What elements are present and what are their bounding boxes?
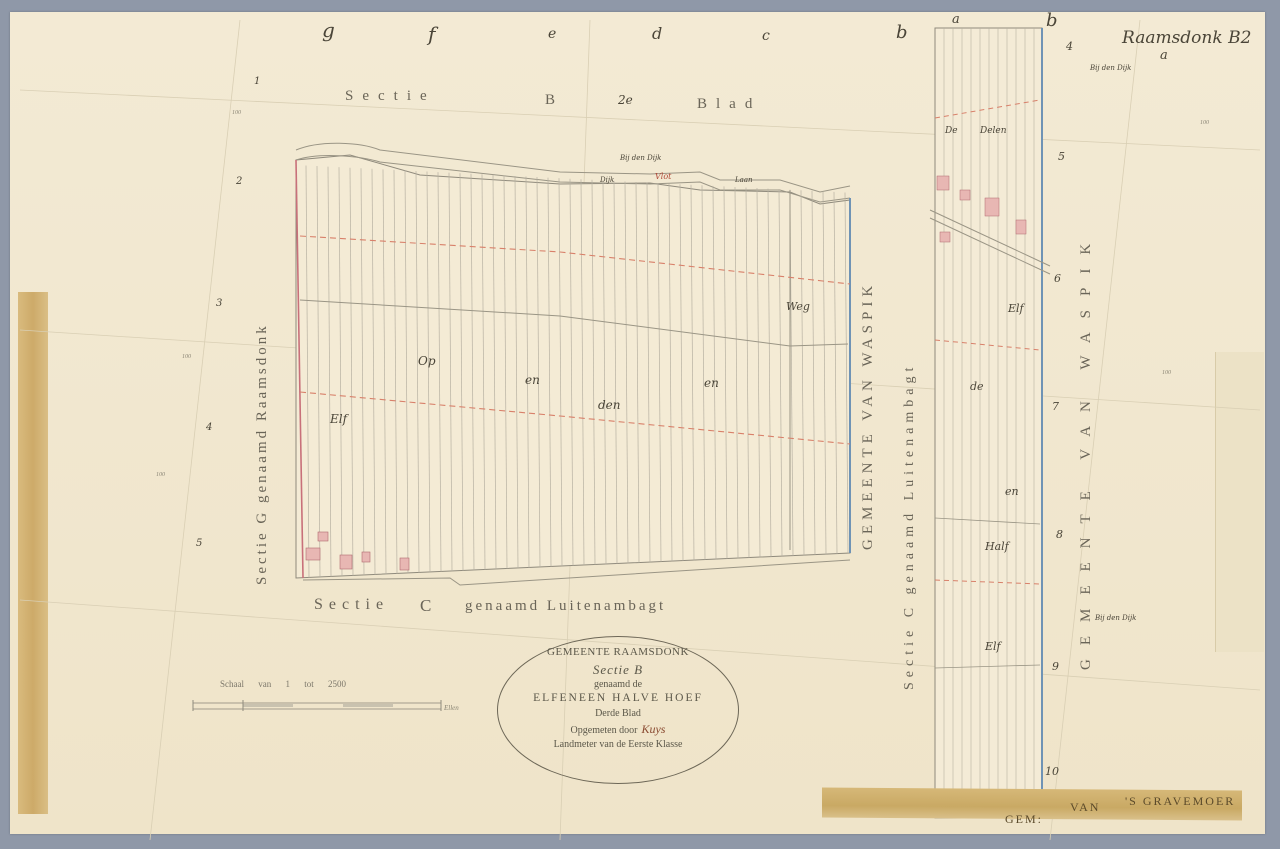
cartouche-opgemeten: Opgemeten doorKuys	[498, 723, 738, 736]
waspik-label-middle: GEMEENTE VAN WASPIK	[860, 281, 877, 550]
strip-word-de-2: de	[970, 380, 984, 393]
bottom-sectie: Sectie	[314, 596, 389, 614]
header-blad: Blad	[697, 96, 761, 113]
header-sectie: Sectie	[345, 88, 436, 105]
cartouche-landmeter: Landmeter van de Eerste Klasse	[498, 740, 738, 750]
strip-word-elf-2: Elf	[985, 640, 1001, 653]
tape-text-gem: GEM:	[1005, 812, 1043, 827]
place-label-top-right: Bij den Dijk	[1090, 64, 1131, 72]
grid-mark: 100	[232, 110, 241, 116]
field-word-elf: Elf	[330, 412, 347, 426]
field-word-op: Op	[418, 354, 436, 368]
right-number-8: 8	[1056, 528, 1063, 541]
sheet-title-raamsdonk: Raamsdonk B2	[1122, 28, 1251, 48]
sheet-title-sub: a	[1160, 48, 1168, 63]
road-label-dijk: Dijk	[600, 176, 614, 184]
strip-letter-a: a	[952, 12, 960, 27]
strip-word-elf: Elf	[1008, 302, 1024, 315]
scale-unit: Ellen	[444, 704, 459, 712]
grid-mark: 100	[156, 472, 165, 478]
road-label-laan: Laan	[735, 176, 753, 184]
field-word-en-2: en	[704, 376, 719, 390]
left-vertical-label: Sectie G genaamd Raamsdonk	[254, 323, 271, 585]
strip-word-delen: Delen	[980, 126, 1007, 136]
place-label-right: Bij den Dijk	[1095, 614, 1136, 622]
header-2e: 2e	[618, 93, 633, 107]
field-word-den: den	[598, 398, 621, 412]
cartouche-blad: Derde Blad	[498, 709, 738, 719]
road-label-red: Vlot	[655, 172, 671, 181]
right-number-10: 10	[1045, 765, 1059, 778]
cartouche-gemeente: GEMEENTE RAAMSDONK	[498, 647, 738, 658]
sheet-letter-f: f	[428, 22, 435, 46]
right-number-7: 7	[1052, 400, 1059, 413]
grid-mark: 100	[182, 354, 191, 360]
margin-number-4: 4	[206, 422, 212, 433]
waspik-label-far-right: GEMEENTE VAN WASPIK	[1078, 230, 1095, 670]
cartouche-name: ELFENEEN HALVE HOEF	[498, 693, 738, 705]
sheet-letter-e: e	[548, 26, 556, 42]
tape-text-van: VAN	[1070, 800, 1100, 815]
tape-text-gravemoer: 'S GRAVEMOER	[1125, 794, 1235, 809]
strip-word-en: en	[1005, 485, 1019, 498]
strip-letter-b: b	[1046, 10, 1058, 31]
surveyor-signature: Kuys	[641, 722, 665, 736]
sheet-letter-g: g	[322, 18, 335, 42]
strip-word-half: Half	[985, 540, 1009, 553]
right-number-6: 6	[1054, 272, 1061, 285]
field-word-en: en	[525, 373, 540, 387]
strip-word-de: De	[945, 126, 958, 136]
right-number-9: 9	[1052, 660, 1059, 673]
header-b: B	[545, 92, 555, 109]
road-label-weg: Weg	[786, 300, 810, 313]
margin-number-1: 1	[254, 76, 260, 87]
grid-mark: 100	[1200, 120, 1209, 126]
title-cartouche: GEMEENTE RAAMSDONK Sectie B genaamd de E…	[497, 636, 739, 784]
margin-number-3: 3	[216, 298, 222, 309]
cartouche-sectie: Sectie B	[498, 663, 738, 676]
cartouche-genaamd: genaamd de	[498, 680, 738, 690]
sheet-letter-d: d	[652, 24, 662, 43]
bottom-c: C	[420, 596, 431, 616]
place-label-dijk: Bij den Dijk	[620, 154, 661, 162]
main-parcel-block	[296, 143, 850, 585]
strip-vertical-label: Sectie C genaamd Luitenambagt	[902, 363, 918, 690]
right-number-5: 5	[1058, 150, 1065, 163]
sheet-letter-c: c	[762, 28, 770, 44]
margin-number-5: 5	[196, 538, 202, 549]
bottom-genaamd-luitenambagt: genaamd Luitenambagt	[465, 598, 666, 615]
sheet-letter-b: b	[896, 22, 908, 43]
margin-number-2: 2	[236, 176, 242, 187]
grid-mark: 100	[1162, 370, 1171, 376]
right-strip-parcels	[930, 28, 1050, 818]
scale-label: Schaal van 1 tot 2500	[220, 679, 346, 689]
right-number-4: 4	[1066, 40, 1073, 53]
scale-bar	[193, 700, 441, 711]
